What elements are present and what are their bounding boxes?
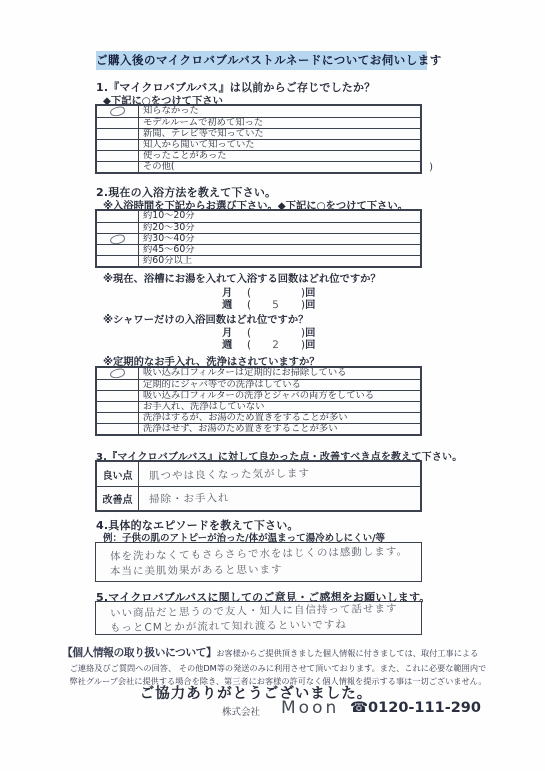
mark-cell bbox=[97, 140, 139, 150]
improve-point-value: 掃除・お手入れ bbox=[139, 490, 230, 507]
option-label: 吸い込み口フィルターの洗浄とジャバの両方をしている bbox=[139, 391, 374, 401]
table-row: 新聞、テレビ等で知っていた bbox=[97, 128, 420, 139]
table-row: 約10～20分 bbox=[97, 211, 420, 222]
mark-cell bbox=[97, 402, 139, 412]
good-point-value: 肌つやは良くなった気がします bbox=[139, 465, 310, 483]
option-label: その他( bbox=[139, 162, 175, 172]
mark-cell bbox=[97, 424, 139, 434]
mark-cell bbox=[97, 234, 139, 244]
option-label: 約10～20分 bbox=[139, 211, 195, 222]
privacy-text: お客様からご提供頂きました個人情報に付きましては、取付工事による bbox=[216, 648, 478, 658]
table-row: 約60分以上 bbox=[97, 255, 420, 266]
phone-number: ☎0120-111-290 bbox=[350, 700, 481, 716]
mark-cell bbox=[97, 162, 139, 172]
handwritten-circle-mark bbox=[109, 105, 126, 117]
table-row: 洗浄はせず、お湯のため置きをすることが多い bbox=[97, 423, 420, 434]
mark-cell bbox=[97, 211, 139, 222]
privacy-notice: 【個人情報の取り扱いについて】お客様からご提供頂きました個人情報に付きましては、… bbox=[62, 645, 494, 687]
q1-options-table: 知らなかった モデルルームで初めて知った 新聞、テレビ等で知っていた 知人から聞… bbox=[95, 104, 422, 174]
page-title: ご購入後のマイクロバブルバストルネードについてお伺いします bbox=[96, 51, 427, 70]
table-row: 洗浄はするが、お湯のため置きをすることが多い bbox=[97, 412, 420, 423]
week-label: 週 bbox=[222, 296, 238, 311]
table-row: 吸い込み口フィルターの洗浄とジャバの両方をしている bbox=[97, 390, 420, 401]
option-label: お手入れ、洗浄はしていない bbox=[139, 402, 264, 412]
mark-cell bbox=[97, 129, 139, 139]
privacy-line: 【個人情報の取り扱いについて】お客様からご提供頂きました個人情報に付きましては、… bbox=[62, 645, 494, 660]
option-label: 約60分以上 bbox=[139, 256, 192, 266]
table-row: 吸い込み口フィルターは定期的にお掃除している bbox=[97, 368, 420, 379]
improve-point-label: 改善点 bbox=[97, 487, 139, 510]
table-row: その他( ) bbox=[97, 161, 420, 172]
table-row: 約20～30分 bbox=[97, 222, 420, 233]
company-name: Moon bbox=[281, 698, 339, 718]
mark-cell bbox=[97, 391, 139, 401]
mark-cell bbox=[97, 223, 139, 233]
q2-options-table: 約10～20分 約20～30分 約30～40分 約45～60分 約60分以上 bbox=[95, 209, 422, 268]
option-label: 定期的にジャバ等での洗浄はしている bbox=[139, 380, 301, 390]
table-row: 良い点 肌つやは良くなった気がします bbox=[97, 462, 420, 486]
table-row: 約45～60分 bbox=[97, 244, 420, 255]
mark-cell bbox=[97, 106, 139, 117]
option-label: 約45～60分 bbox=[139, 245, 195, 255]
mark-cell bbox=[97, 118, 139, 128]
handwritten-answer-line: もっとCMとかが流れて知れ渡るといいですね bbox=[110, 617, 421, 636]
option-label: 知人から聞いて知っていた bbox=[139, 140, 255, 150]
option-label: 洗浄はせず、お湯のため置きをすることが多い bbox=[139, 424, 338, 434]
week-label: 週 bbox=[222, 336, 238, 351]
option-label: 吸い込み口フィルターは定期的にお掃除している bbox=[139, 368, 346, 379]
shower-week-value: 2 bbox=[251, 339, 301, 352]
option-label: 新聞、テレビ等で知っていた bbox=[139, 129, 264, 139]
q3-feedback-table: 良い点 肌つやは良くなった気がします 改善点 掃除・お手入れ bbox=[95, 460, 422, 512]
bath-week-value: 5 bbox=[251, 299, 301, 312]
unit-label: 回 bbox=[305, 336, 315, 351]
table-row: 改善点 掃除・お手入れ bbox=[97, 486, 420, 510]
mark-cell bbox=[97, 380, 139, 390]
table-row: 使ったことがあった bbox=[97, 150, 420, 161]
bath-week-line: 週(5)回 bbox=[222, 296, 315, 311]
option-label: 約20～30分 bbox=[139, 223, 195, 233]
mark-cell bbox=[97, 413, 139, 423]
handwritten-answer-line: 本当に美肌効果があると思います bbox=[110, 560, 421, 579]
option-label: 使ったことがあった bbox=[139, 151, 227, 161]
option-label: モデルルームで初めて知った bbox=[139, 118, 263, 128]
mark-cell bbox=[97, 368, 139, 379]
table-row: お手入れ、洗浄はしていない bbox=[97, 401, 420, 412]
shower-week-line: 週(2)回 bbox=[222, 336, 315, 351]
mark-cell bbox=[97, 245, 139, 255]
table-row: 定期的にジャバ等での洗浄はしている bbox=[97, 379, 420, 390]
q5-answer-box: いい商品だと思うので友人・知人に自信持って話せます もっとCMとかが流れて知れ渡… bbox=[95, 601, 422, 635]
option-label: 約30～40分 bbox=[139, 234, 195, 244]
handwritten-circle-mark bbox=[109, 367, 126, 379]
table-row: 知人から聞いて知っていた bbox=[97, 139, 420, 150]
table-row: 約30～40分 bbox=[97, 233, 420, 244]
privacy-line: ご連絡及びご質問への回答、 その他DM等の発送のみに利用させて頂いております。ま… bbox=[62, 663, 494, 674]
company-prefix: 株式会社 bbox=[222, 704, 260, 718]
mark-cell bbox=[97, 256, 139, 266]
survey-scan-page: ご購入後のマイクロバブルバストルネードについてお伺いします 1.『マイクロバブル… bbox=[0, 0, 545, 771]
option-label: 洗浄はするが、お湯のため置きをすることが多い bbox=[139, 413, 348, 423]
bath-count-question: ※現在、浴槽にお湯を入れて入浴する回数はどれ位ですか？ bbox=[103, 270, 381, 285]
q4-answer-box: 体を洗わなくてもさらさらで水をはじくのは感動します。 本当に美肌効果があると思い… bbox=[95, 542, 422, 582]
good-point-label: 良い点 bbox=[97, 462, 139, 486]
unit-label: 回 bbox=[305, 296, 315, 311]
mark-cell bbox=[97, 151, 139, 161]
maintenance-options-table: 吸い込み口フィルターは定期的にお掃除している 定期的にジャバ等での洗浄はしている… bbox=[95, 366, 422, 436]
privacy-title: 【個人情報の取り扱いについて】 bbox=[62, 646, 216, 659]
table-row: 知らなかった bbox=[97, 106, 420, 117]
table-row: モデルルームで初めて知った bbox=[97, 117, 420, 128]
option-label: 知らなかった bbox=[139, 106, 199, 117]
other-close-paren: ) bbox=[429, 162, 433, 173]
